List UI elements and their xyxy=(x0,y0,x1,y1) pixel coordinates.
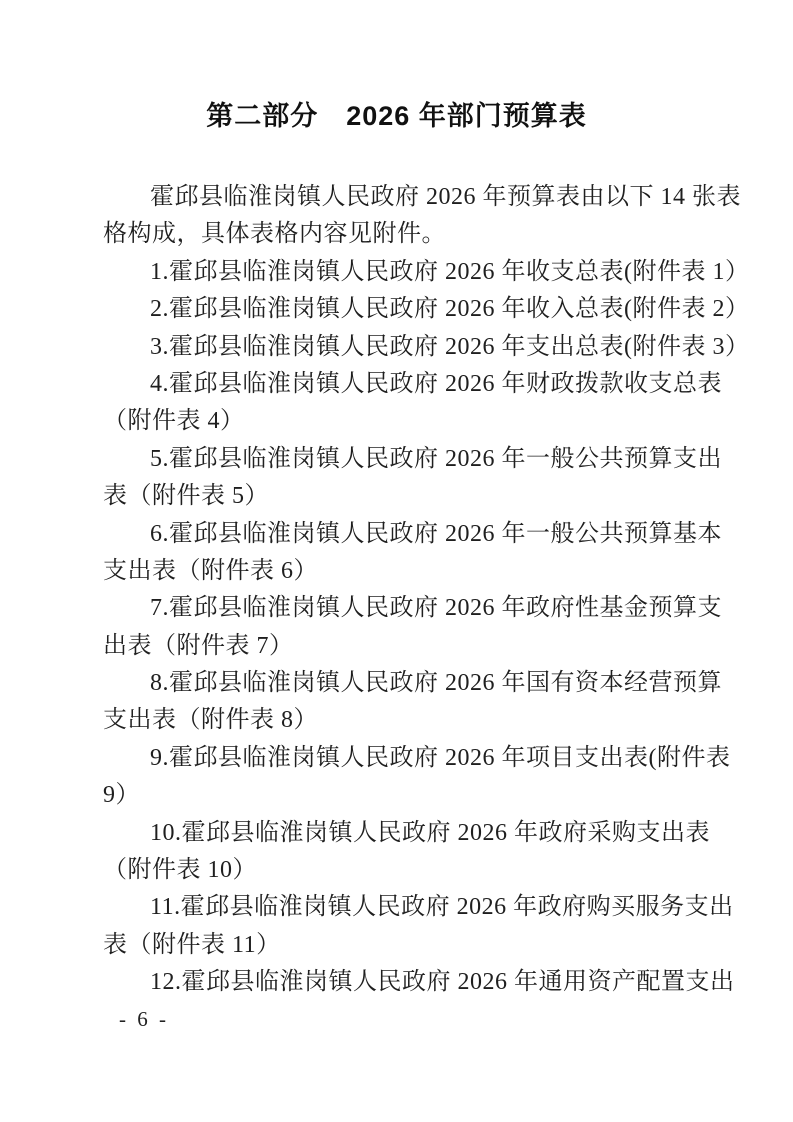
body-line: 出表（附件表 7） xyxy=(103,628,703,665)
body-line: 4.霍邱县临淮岗镇人民政府 2026 年财政拨款收支总表 xyxy=(103,366,703,403)
body-line: 6.霍邱县临淮岗镇人民政府 2026 年一般公共预算基本 xyxy=(103,516,703,553)
body-line: 格构成，具体表格内容见附件。 xyxy=(103,216,703,253)
body-line: 霍邱县临淮岗镇人民政府 2026 年预算表由以下 14 张表 xyxy=(103,179,703,216)
section-title: 第二部分 2026 年部门预算表 xyxy=(0,98,793,134)
body-line: 8.霍邱县临淮岗镇人民政府 2026 年国有资本经营预算 xyxy=(103,665,703,702)
body-line: 9.霍邱县临淮岗镇人民政府 2026 年项目支出表(附件表 xyxy=(103,740,703,777)
body-line: 1.霍邱县临淮岗镇人民政府 2026 年收支总表(附件表 1） xyxy=(103,254,703,291)
body-line: （附件表 4） xyxy=(103,403,703,440)
body-line: 2.霍邱县临淮岗镇人民政府 2026 年收入总表(附件表 2） xyxy=(103,291,703,328)
body-line: 3.霍邱县临淮岗镇人民政府 2026 年支出总表(附件表 3） xyxy=(103,329,703,366)
document-body: 霍邱县临淮岗镇人民政府 2026 年预算表由以下 14 张表 格构成，具体表格内… xyxy=(103,179,703,1002)
body-line: 10.霍邱县临淮岗镇人民政府 2026 年政府采购支出表 xyxy=(103,815,703,852)
body-line: 9） xyxy=(103,777,703,814)
page-number: - 6 - xyxy=(119,1005,169,1033)
body-line: （附件表 10） xyxy=(103,852,703,889)
body-line: 支出表（附件表 6） xyxy=(103,553,703,590)
document-page: 第二部分 2026 年部门预算表 霍邱县临淮岗镇人民政府 2026 年预算表由以… xyxy=(0,0,793,1122)
body-line: 7.霍邱县临淮岗镇人民政府 2026 年政府性基金预算支 xyxy=(103,590,703,627)
body-line: 表（附件表 11） xyxy=(103,927,703,964)
body-line: 12.霍邱县临淮岗镇人民政府 2026 年通用资产配置支出 xyxy=(103,964,703,1001)
body-line: 表（附件表 5） xyxy=(103,478,703,515)
body-line: 支出表（附件表 8） xyxy=(103,702,703,739)
body-line: 11.霍邱县临淮岗镇人民政府 2026 年政府购买服务支出 xyxy=(103,889,703,926)
body-line: 5.霍邱县临淮岗镇人民政府 2026 年一般公共预算支出 xyxy=(103,441,703,478)
